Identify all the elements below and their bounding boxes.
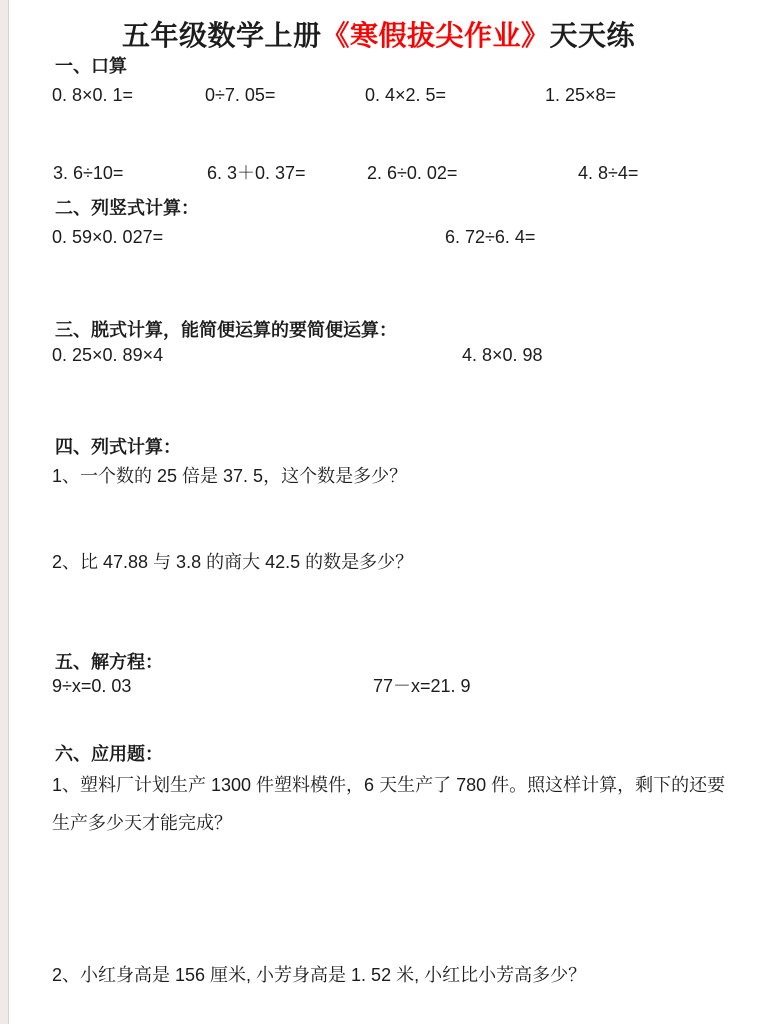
oral-problem: 4. 8÷4= — [578, 162, 638, 184]
section-heading-word: 六、应用题： — [55, 743, 163, 765]
oral-problem: 0. 8×0. 1= — [52, 84, 133, 106]
vertical-problem: 0. 59×0. 027= — [52, 226, 163, 248]
word-problem-line: 生产多少天才能完成？ — [52, 812, 232, 834]
title-suffix: 天天练 — [550, 20, 636, 51]
section-heading-expression: 四、列式计算： — [55, 436, 181, 458]
oral-problem: 0. 4×2. 5= — [365, 84, 446, 106]
oral-problem: 6. 3＋0. 37= — [207, 162, 306, 184]
worksheet-page: 五年级数学上册《寒假拔尖作业》天天练 一、口算 0. 8×0. 1= 0÷7. … — [0, 0, 757, 1024]
vertical-problem: 6. 72÷6. 4= — [445, 226, 535, 248]
title-prefix: 五年级数学上册 — [122, 20, 322, 51]
worksheet-title: 五年级数学上册《寒假拔尖作业》天天练 — [0, 14, 757, 54]
stepwise-problem: 0. 25×0. 89×4 — [52, 344, 163, 366]
oral-problem: 1. 25×8= — [545, 84, 616, 106]
oral-problem: 0÷7. 05= — [205, 84, 275, 106]
expression-item: 2、比 47.88 与 3.8 的商大 42.5 的数是多少？ — [52, 551, 413, 573]
section-heading-oral: 一、口算 — [55, 55, 127, 77]
equation-problem: 77－x=21. 9 — [373, 675, 471, 697]
word-problem-line: 2、小红身高是 156 厘米, 小芳身高是 1. 52 米, 小红比小芳高多少？ — [52, 964, 586, 986]
oral-problem: 2. 6÷0. 02= — [367, 162, 457, 184]
title-highlight: 《寒假拔尖作业》 — [321, 20, 549, 51]
equation-problem: 9÷x=0. 03 — [52, 675, 131, 697]
word-problem-line: 1、塑料厂计划生产 1300 件塑料模件，6 天生产了 780 件。照这样计算，… — [52, 774, 725, 796]
section-heading-vertical: 二、列竖式计算： — [55, 197, 199, 219]
page-edge-strip — [0, 0, 9, 1024]
stepwise-problem: 4. 8×0. 98 — [462, 344, 543, 366]
expression-item: 1、一个数的 25 倍是 37. 5，这个数是多少？ — [52, 465, 407, 487]
oral-problem: 3. 6÷10= — [53, 162, 123, 184]
section-heading-equation: 五、解方程： — [55, 651, 163, 673]
section-heading-stepwise: 三、脱式计算，能简便运算的要简便运算： — [55, 319, 397, 341]
